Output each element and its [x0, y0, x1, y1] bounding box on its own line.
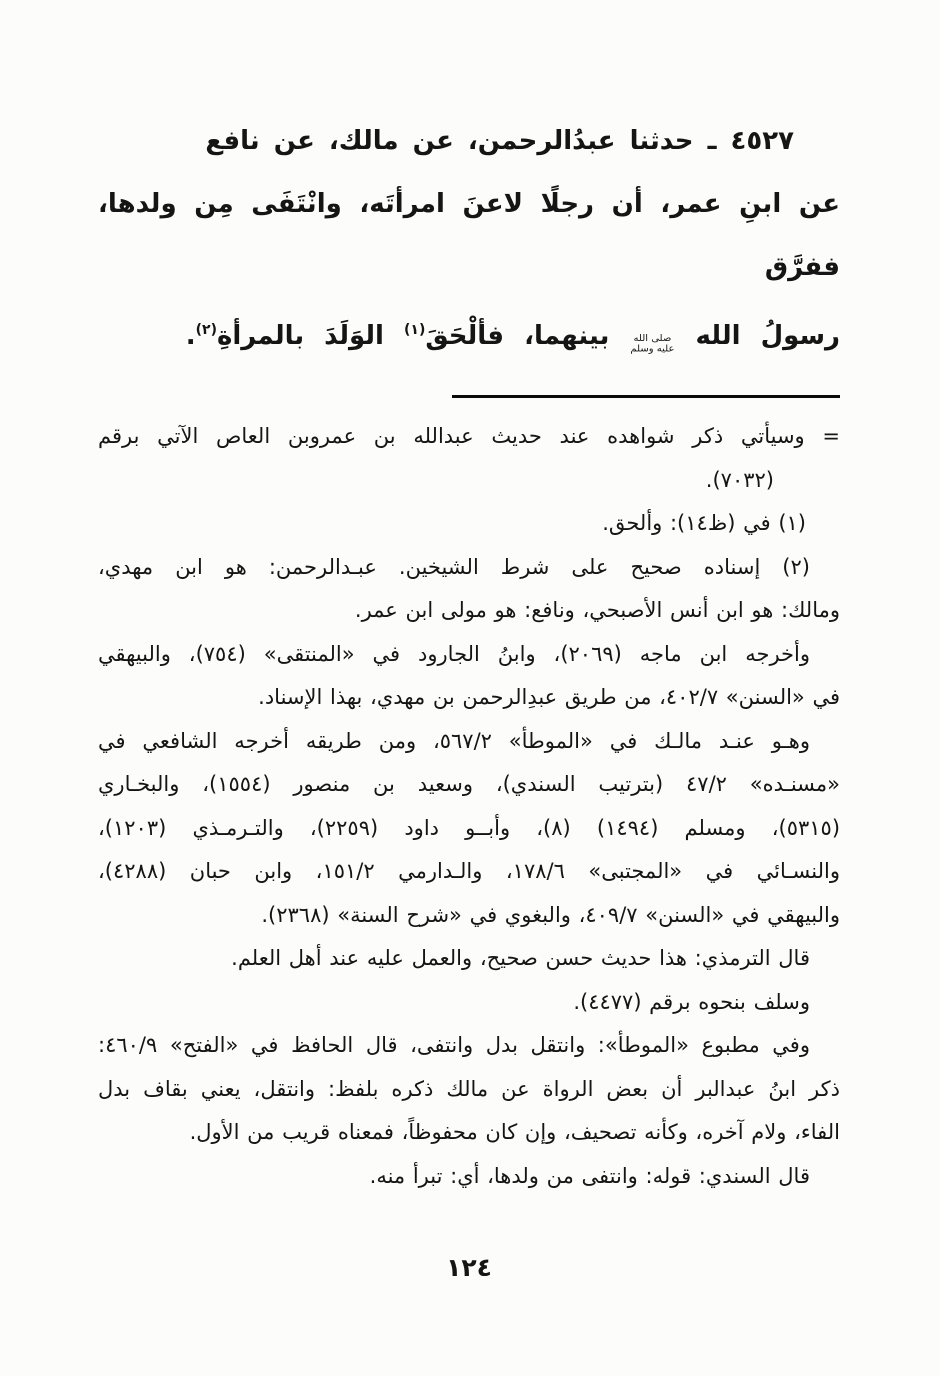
footnote-line: والنسـائي في «المجتبى» ١٧٨/٦، والـدارمي …	[98, 850, 840, 894]
hadith-line-3: رسولُ الله صلى اللهعليه وسلم بينهما، فأل…	[98, 299, 840, 368]
footnote-ref-1: (١)	[404, 322, 425, 338]
footnote-line: ذكر ابنُ عبدالبر أن بعض الرواة عن مالك ذ…	[98, 1068, 840, 1112]
footnote-line: وسلف بنحوه برقم (٤٤٧٧).	[98, 981, 840, 1025]
footnote-line: ومالك: هو ابن أنس الأصبحي، ونافع: هو مول…	[98, 589, 840, 633]
page-number: ١٢٤	[98, 1253, 840, 1282]
salawat-bottom: عليه وسلم	[629, 344, 675, 354]
footnote-separator	[452, 395, 840, 398]
footnotes-block: = وسيأتي ذكر شواهده عند حديث عبدالله بن …	[98, 415, 840, 1198]
footnote-line: في «السنن» ٤٠٢/٧، من طريق عبدِالرحمن بن …	[98, 676, 840, 720]
footnote-line: وهـو عنـد مالـك في «الموطأ» ٥٦٧/٢، ومن ط…	[98, 720, 840, 764]
footnote-line: والبيهقي في «السنن» ٤٠٩/٧، والبغوي في «ش…	[98, 894, 840, 938]
hadith-line-3-text: الوَلَدَ بالمرأةِ	[217, 321, 384, 351]
footnote-line: الفاء، ولام آخره، وكأنه تصحيف، وإن كان م…	[98, 1111, 840, 1155]
footnote-line-note-1: (١) في (ظ١٤): وألحق.	[98, 502, 840, 546]
footnote-line-continuation: = وسيأتي ذكر شواهده عند حديث عبدالله بن …	[98, 415, 840, 459]
footnote-ref-2: (٢)	[196, 322, 217, 338]
hadith-number-line: ٤٥٢٧ ـ حدثنا عبدُالرحمن، عن مالك، عن ناف…	[98, 110, 840, 173]
hadith-line-3-text: بينهما، فألْحَقَ	[425, 321, 609, 351]
footnote-line: (٧٠٣٢).	[98, 459, 840, 503]
hadith-line-3-text: رسولُ الله	[695, 321, 840, 351]
footnote-line: قال السندي: قوله: وانتفى من ولدها، أي: ت…	[98, 1155, 840, 1199]
footnote-line: وأخرجه ابن ماجه (٢٠٦٩)، وابنُ الجارود في…	[98, 633, 840, 677]
hadith-block: ٤٥٢٧ ـ حدثنا عبدُالرحمن، عن مالك، عن ناف…	[98, 110, 840, 368]
footnote-line: «مسنـده» ٤٧/٢ (بترتيب السندي)، وسعيد بن …	[98, 763, 840, 807]
footnote-line: وفي مطبوع «الموطأ»: وانتقل بدل وانتفى، ق…	[98, 1024, 840, 1068]
footnote-line: (٥٣١٥)، ومسلم (١٤٩٤) (٨)، وأبــو داود (٢…	[98, 807, 840, 851]
hadith-line-2: عن ابنِ عمر، أن رجلًا لاعنَ امرأتَه، وان…	[98, 173, 840, 299]
salawat-symbol: صلى اللهعليه وسلم	[629, 334, 675, 355]
hadith-end-period: .	[186, 321, 196, 351]
footnote-line: قال الترمذي: هذا حديث حسن صحيح، والعمل ع…	[98, 937, 840, 981]
book-page: ٤٥٢٧ ـ حدثنا عبدُالرحمن، عن مالك، عن ناف…	[0, 0, 940, 1376]
salawat-top: صلى الله	[629, 334, 675, 344]
footnote-line-note-2: (٢) إسناده صحيح على شرط الشيخين. عبـدالر…	[98, 546, 840, 590]
